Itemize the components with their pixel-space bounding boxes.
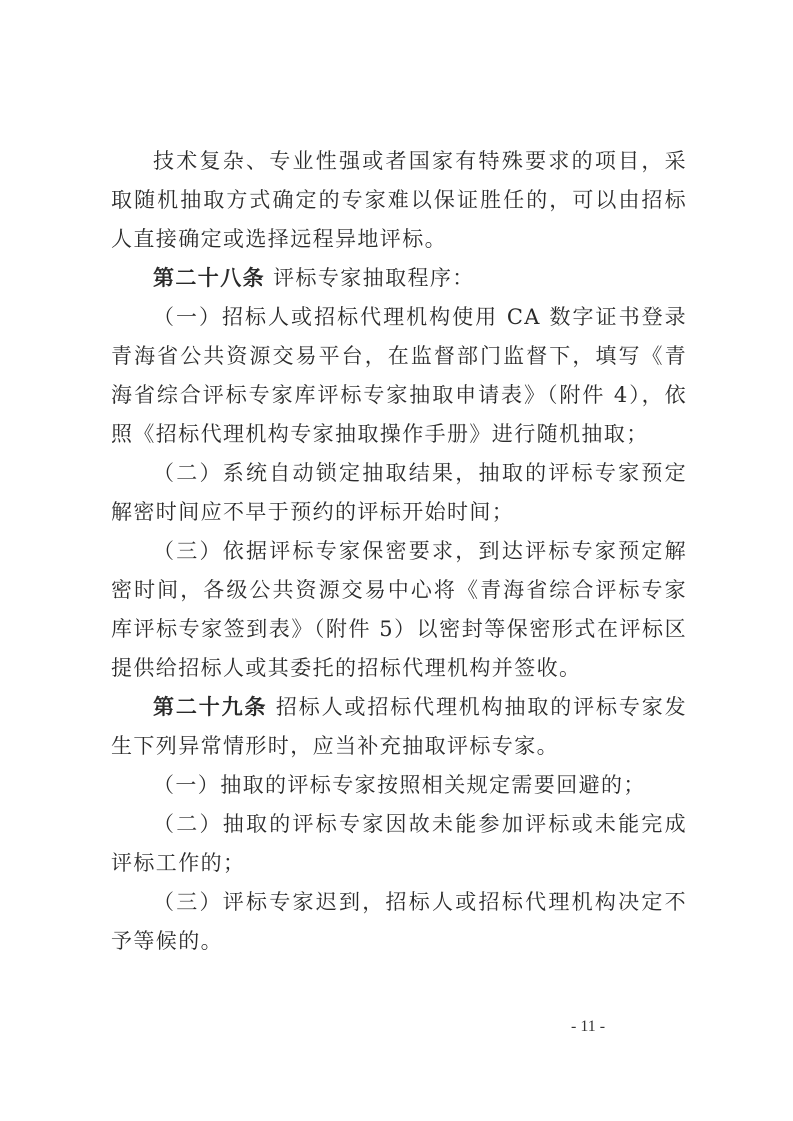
article-28-item-1: （一）招标人或招标代理机构使用 CA 数字证书登录青海省公共资源交易平台，在监督… [111,298,687,454]
item-text: （一）招标人或招标代理机构使用 CA 数字证书登录青海省公共资源交易平台，在监督… [111,305,687,446]
article-29-item-1: （一）抽取的评标专家按照相关规定需要回避的； [111,766,687,805]
item-text: （三）评标专家迟到，招标人或招标代理机构决定不予等候的。 [111,890,687,953]
document-page: 技术复杂、专业性强或者国家有特殊要求的项目，采取随机抽取方式确定的专家难以保证胜… [0,0,793,1121]
article-28-heading: 第二十八条 评标专家抽取程序： [111,259,687,298]
article-29-heading: 第二十九条 招标人或招标代理机构抽取的评标专家发生下列异常情形时，应当补充抽取评… [111,688,687,766]
article-28-item-3: （三）依据评标专家保密要求，到达评标专家预定解密时间，各级公共资源交易中心将《青… [111,532,687,688]
article-28-item-2: （二）系统自动锁定抽取结果，抽取的评标专家预定解密时间应不早于预约的评标开始时间… [111,454,687,532]
item-text: （三）依据评标专家保密要求，到达评标专家预定解密时间，各级公共资源交易中心将《青… [111,539,687,680]
article-number: 第二十八条 [153,266,265,290]
paragraph-text: 技术复杂、专业性强或者国家有特殊要求的项目，采取随机抽取方式确定的专家难以保证胜… [111,149,687,251]
article-29-item-3: （三）评标专家迟到，招标人或招标代理机构决定不予等候的。 [111,883,687,961]
article-text: 评标专家抽取程序： [265,266,475,290]
paragraph-remote-evaluation: 技术复杂、专业性强或者国家有特殊要求的项目，采取随机抽取方式确定的专家难以保证胜… [111,142,687,259]
article-number: 第二十九条 [153,695,267,719]
item-text: （二）系统自动锁定抽取结果，抽取的评标专家预定解密时间应不早于预约的评标开始时间… [111,461,687,524]
page-number: - 11 - [571,1018,605,1036]
item-text: （一）抽取的评标专家按照相关规定需要回避的； [153,773,646,797]
article-29-item-2: （二）抽取的评标专家因故未能参加评标或未能完成评标工作的； [111,805,687,883]
item-text: （二）抽取的评标专家因故未能参加评标或未能完成评标工作的； [111,812,687,875]
